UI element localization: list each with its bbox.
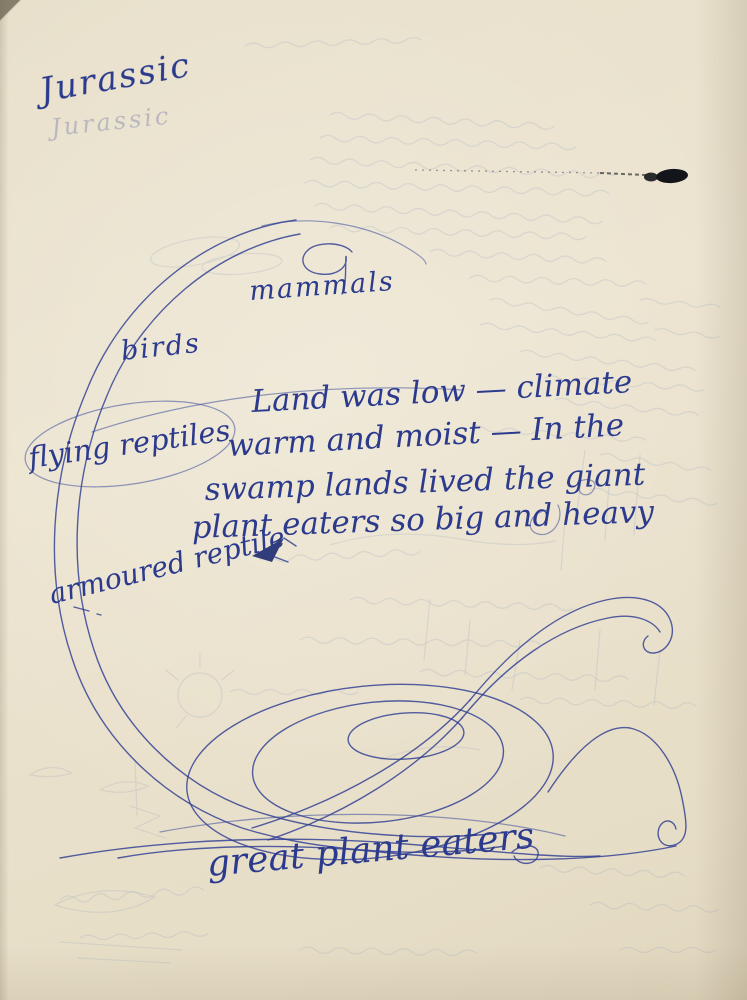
bleed-through-stroke (590, 902, 718, 912)
bleed-through-stroke (300, 637, 540, 647)
neck-and-head (470, 597, 672, 700)
bleed-through-stroke (330, 112, 554, 130)
bleed-through-stroke (540, 865, 684, 879)
label-armoured-reptile: armoured reptile (46, 520, 289, 611)
page-scan: Jurassic (0, 0, 747, 1000)
bleed-through-stroke (350, 597, 574, 611)
bleed-through-stroke (305, 180, 609, 197)
label-flying-reptiles: flying reptiles (24, 413, 232, 475)
bleed-through-stroke (330, 225, 586, 240)
bleed-through-stroke (230, 690, 358, 695)
bleed-through-stroke (315, 203, 603, 224)
sauropod-doodle (19, 220, 686, 877)
bleed-through-stroke (320, 135, 576, 150)
tail-curl (548, 728, 686, 846)
bleed-through-stroke (480, 323, 656, 343)
bleed-through-stroke (430, 249, 606, 264)
label-mammals: mammals (248, 266, 395, 307)
bleed-through-stroke (640, 298, 720, 309)
bleed-through-stroke (470, 275, 646, 287)
bleed-through-stroke (300, 947, 476, 956)
label-birds: birds (119, 328, 202, 367)
bleed-through-stroke (310, 157, 614, 179)
bleed-through-stroke (245, 37, 421, 48)
bleed-through-stroke (520, 697, 696, 709)
tick-marks (74, 607, 101, 615)
ink-layer: Jurassic mammals birds Land was low — cl… (19, 45, 688, 885)
bleed-through-stroke (620, 948, 716, 953)
bleed-through-stroke (490, 298, 649, 325)
ghost-title-offset: Jurassic (45, 102, 173, 143)
bleed-through-stroke (80, 931, 208, 940)
label-great-plant-eaters: great plant eaters (205, 816, 536, 885)
ink-blot (415, 168, 688, 184)
bleed-through-stroke (655, 328, 719, 339)
sketchbook-page: Jurassic (0, 0, 747, 1000)
